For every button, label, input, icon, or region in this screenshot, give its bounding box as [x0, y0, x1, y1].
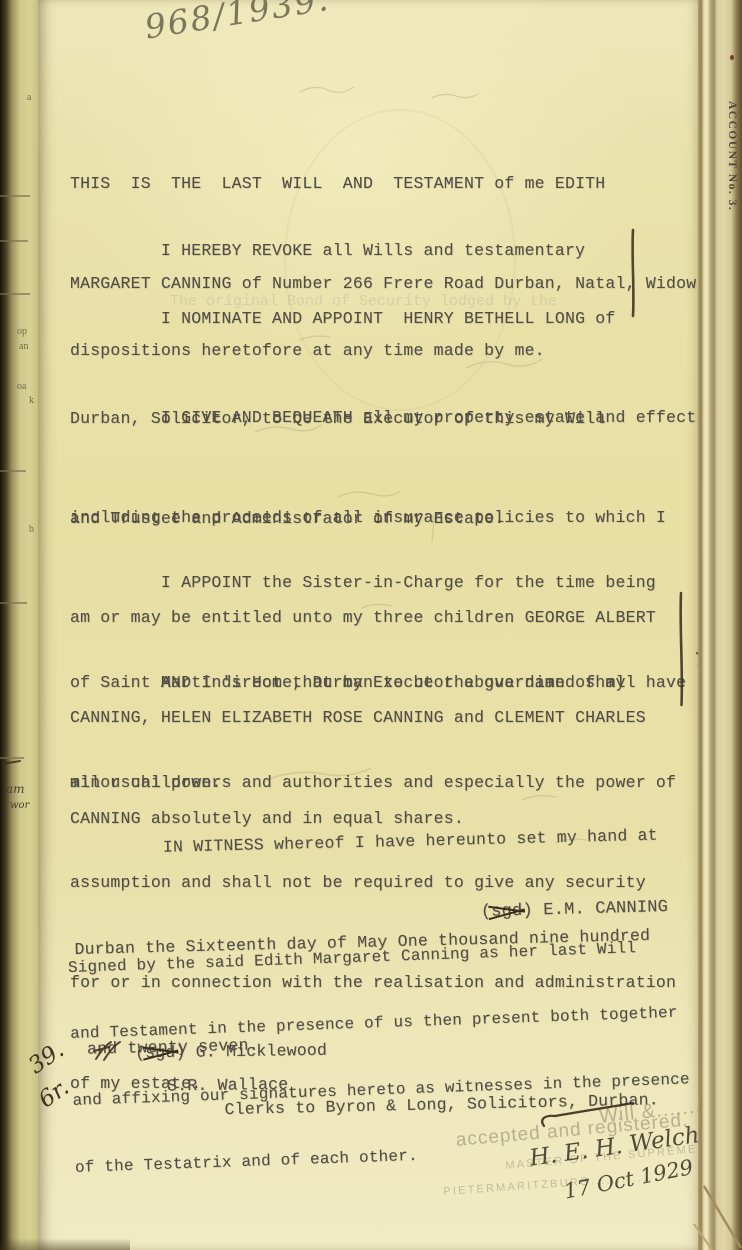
- cutoff-handwriting-fragment: wor: [10, 800, 29, 811]
- cutoff-text-fragment: oa: [17, 381, 26, 392]
- ruled-line: [0, 757, 24, 759]
- tab-dot-mark: [730, 55, 734, 60]
- cutoff-text-fragment: k: [29, 395, 34, 406]
- will-text-line: AND I direct that my Executor above name…: [70, 666, 686, 699]
- will-text-line: I APPOINT the Sister-in-Charge for the t…: [70, 566, 656, 599]
- will-text-line: I GIVE AND BEQUEATH all my property esta…: [70, 401, 706, 434]
- cutoff-text-fragment: a: [27, 92, 31, 103]
- cutoff-handwriting-fragment: am: [6, 782, 25, 796]
- ruled-line: [0, 602, 27, 604]
- will-text-line: IN WITNESS whereof I have hereunto set m…: [72, 818, 659, 866]
- ruled-line: [0, 195, 30, 197]
- witnesses-title: Clerks to Byron & Long, Solicitors, Durb…: [224, 1091, 659, 1120]
- cutoff-text-fragment: b: [29, 524, 34, 535]
- cutoff-text-fragment: op: [17, 326, 27, 337]
- bottom-edge-shadow: [0, 1238, 130, 1250]
- ruled-line: [0, 240, 28, 242]
- will-text-line: I NOMINATE AND APPOINT HENRY BETHELL LON…: [70, 302, 616, 335]
- will-text-line: Signed by the said Edith Margaret Cannin…: [68, 935, 686, 979]
- ruled-line: [0, 293, 30, 295]
- account-tab-label: ACCOUNT No. 3.: [716, 101, 738, 236]
- scanned-will-page: a op an oa k b am wor The original Bond …: [0, 0, 742, 1250]
- cutoff-text-fragment: an: [19, 341, 28, 352]
- ruled-line: [0, 470, 26, 472]
